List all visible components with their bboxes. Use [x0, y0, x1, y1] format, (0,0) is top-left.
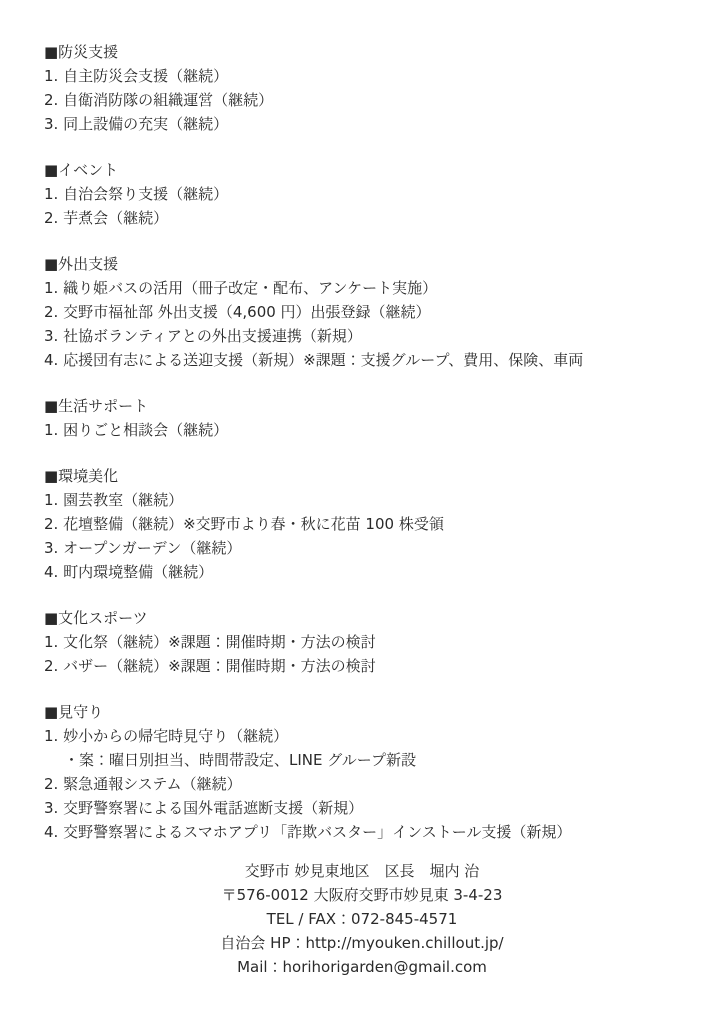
- list-item: 1. 自主防災会支援（継続）: [44, 64, 688, 88]
- footer-line: 自治会 HP：http://myouken.chillout.jp/: [0, 931, 724, 955]
- footer-line: TEL / FAX：072-845-4571: [0, 907, 724, 931]
- document-body: ■防災支援1. 自主防災会支援（継続）2. 自衛消防隊の組織運営（継続）3. 同…: [0, 0, 724, 844]
- section-heading: ■生活サポート: [44, 394, 688, 418]
- list-item: 2. 緊急通報システム（継続）: [44, 772, 688, 796]
- section-3: ■生活サポート1. 困りごと相談会（継続）: [44, 394, 688, 442]
- list-item: 1. 文化祭（継続）※課題：開催時期・方法の検討: [44, 630, 688, 654]
- list-item: 1. 織り姫バスの活用（冊子改定・配布、アンケート実施）: [44, 276, 688, 300]
- section-heading: ■見守り: [44, 700, 688, 724]
- section-5: ■文化スポーツ1. 文化祭（継続）※課題：開催時期・方法の検討2. バザー（継続…: [44, 606, 688, 678]
- footer-line: 交野市 妙見東地区 区長 堀内 治: [0, 859, 724, 883]
- section-1: ■イベント1. 自治会祭り支援（継続）2. 芋煮会（継続）: [44, 158, 688, 230]
- list-item: 3. 社協ボランティアとの外出支援連携（新規）: [44, 324, 688, 348]
- list-item: 3. 同上設備の充実（継続）: [44, 112, 688, 136]
- list-item: 3. オープンガーデン（継続）: [44, 536, 688, 560]
- contact-footer: 交野市 妙見東地区 区長 堀内 治〒576-0012 大阪府交野市妙見東 3-4…: [0, 859, 724, 979]
- list-item: 4. 交野警察署によるスマホアプリ「詐欺バスター」インストール支援（新規）: [44, 820, 688, 844]
- section-0: ■防災支援1. 自主防災会支援（継続）2. 自衛消防隊の組織運営（継続）3. 同…: [44, 40, 688, 136]
- list-item: 2. 自衛消防隊の組織運営（継続）: [44, 88, 688, 112]
- footer-line: Mail：horihorigarden@gmail.com: [0, 955, 724, 979]
- list-item: 4. 町内環境整備（継続）: [44, 560, 688, 584]
- list-item: 2. 交野市福祉部 外出支援（4,600 円）出張登録（継続）: [44, 300, 688, 324]
- section-heading: ■外出支援: [44, 252, 688, 276]
- list-item: 2. 花壇整備（継続）※交野市より春・秋に花苗 100 株受領: [44, 512, 688, 536]
- document-page: ■防災支援1. 自主防災会支援（継続）2. 自衛消防隊の組織運営（継続）3. 同…: [0, 0, 724, 1024]
- section-heading: ■イベント: [44, 158, 688, 182]
- list-item: 1. 園芸教室（継続）: [44, 488, 688, 512]
- list-item: 4. 応援団有志による送迎支援（新規）※課題：支援グループ、費用、保険、車両: [44, 348, 688, 372]
- list-item: 3. 交野警察署による国外電話遮断支援（新規）: [44, 796, 688, 820]
- list-item: 1. 困りごと相談会（継続）: [44, 418, 688, 442]
- section-heading: ■環境美化: [44, 464, 688, 488]
- section-2: ■外出支援1. 織り姫バスの活用（冊子改定・配布、アンケート実施）2. 交野市福…: [44, 252, 688, 372]
- section-heading: ■文化スポーツ: [44, 606, 688, 630]
- section-6: ■見守り1. 妙小からの帰宅時見守り（継続）・案：曜日別担当、時間帯設定、LIN…: [44, 700, 688, 844]
- list-item: 1. 妙小からの帰宅時見守り（継続）: [44, 724, 688, 748]
- list-item: 2. 芋煮会（継続）: [44, 206, 688, 230]
- list-item: ・案：曜日別担当、時間帯設定、LINE グループ新設: [44, 748, 688, 772]
- list-item: 2. バザー（継続）※課題：開催時期・方法の検討: [44, 654, 688, 678]
- list-item: 1. 自治会祭り支援（継続）: [44, 182, 688, 206]
- section-heading: ■防災支援: [44, 40, 688, 64]
- section-4: ■環境美化1. 園芸教室（継続）2. 花壇整備（継続）※交野市より春・秋に花苗 …: [44, 464, 688, 584]
- footer-line: 〒576-0012 大阪府交野市妙見東 3-4-23: [0, 883, 724, 907]
